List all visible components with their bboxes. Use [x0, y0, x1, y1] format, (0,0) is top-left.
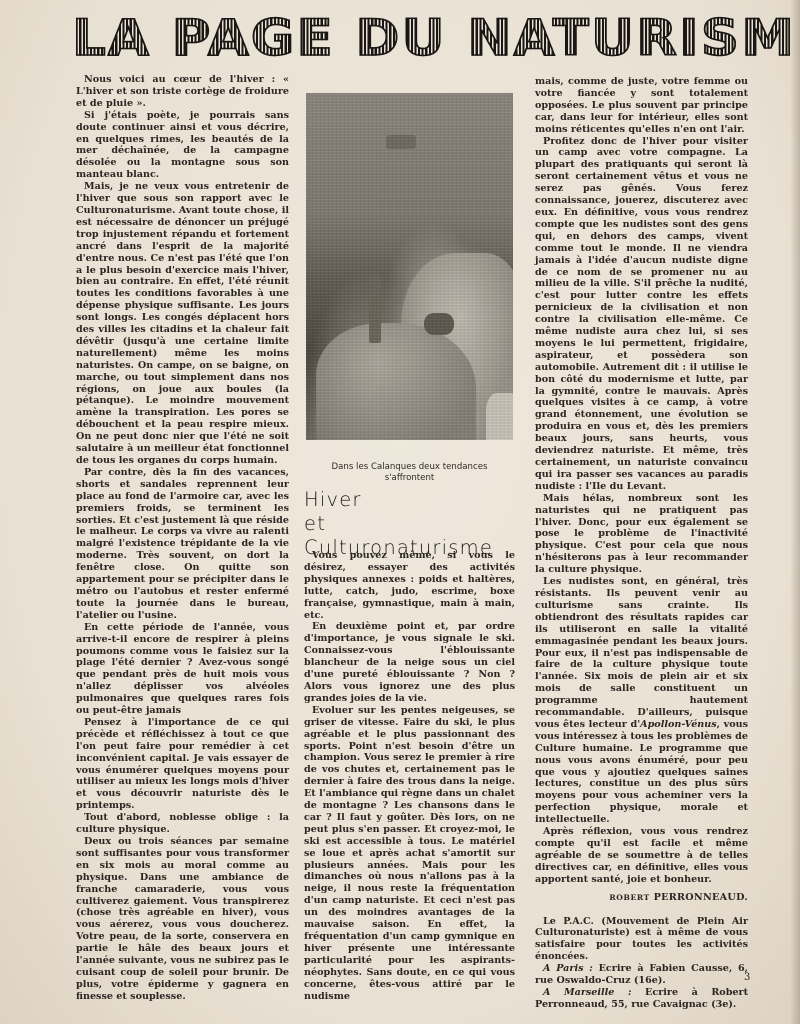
headline-text: LA PAGE DU NATURISME — [72, 14, 800, 62]
city-label: A Marseille : — [543, 987, 632, 998]
page-number: 3 — [744, 972, 750, 983]
paragraph: Mais, je ne veux vous entretenir de l'hi… — [76, 181, 289, 467]
paragraph: Evoluer sur les pentes neigeuses, se gri… — [304, 705, 515, 1003]
paragraph-text: Les nudistes sont, en général, très rési… — [535, 576, 748, 718]
author-signature: Robert PERRONNEAUD. — [535, 892, 748, 904]
paragraph: Pensez à l'importance de ce qui précède … — [76, 717, 289, 812]
paragraph: Tout d'abord, noblesse oblige : la cultu… — [76, 812, 289, 836]
note-intro: Le P.A.C. (Mouvement de Plein Air Cultur… — [535, 916, 748, 964]
article-left-column: Nous voici au cœur de l'hiver : « L'hive… — [76, 74, 289, 1003]
paragraph: Après réflexion, vous vous rendrez compt… — [535, 826, 748, 886]
paragraph: Profitez donc de l'hiver pour visiter un… — [535, 136, 748, 493]
paragraph-text: , vous vous intéressez à tous les problè… — [535, 719, 748, 825]
paragraph: Nous voici au cœur de l'hiver : « L'hive… — [76, 74, 289, 110]
paragraph: mais, comme de juste, votre femme ou vot… — [535, 76, 748, 136]
page-edge-shadow — [790, 0, 800, 1024]
paragraph: Vous pouvez même, si vous le désirez, es… — [304, 550, 515, 621]
page-headline: LA PAGE DU NATURISME — [72, 14, 762, 62]
title-line: Hiver — [304, 488, 519, 512]
paragraph: Deux ou trois séances par semaine sont s… — [76, 836, 289, 1003]
paragraph: En deuxième point et, par ordre d'import… — [304, 621, 515, 704]
author-first-name: Robert — [609, 893, 650, 902]
caption-line: s'affrontent — [306, 473, 513, 484]
paragraph: Si j'étais poète, je pourrais sans doute… — [76, 110, 289, 181]
note-paris: A Paris : Ecrire à Fabien Causse, 6, rue… — [535, 963, 748, 987]
article-middle-column: Vous pouvez même, si vous le désirez, es… — [304, 550, 515, 1002]
author-last-name: PERRONNEAUD. — [654, 892, 748, 903]
pac-note: Le P.A.C. (Mouvement de Plein Air Cultur… — [535, 916, 748, 1011]
article-right-column: mais, comme de juste, votre femme ou vot… — [535, 76, 748, 1011]
paragraph: Les nudistes sont, en général, très rési… — [535, 576, 748, 826]
magazine-name: Apollon-Vénus — [640, 719, 717, 730]
caption-line: Dans les Calanques deux tendances — [306, 462, 513, 473]
photo-grain — [306, 93, 513, 440]
paragraph: Mais hélas, nombreux sont les naturistes… — [535, 493, 748, 576]
paragraph: Par contre, dès la fin des vacances, sho… — [76, 467, 289, 622]
photo-caption: Dans les Calanques deux tendances s'affr… — [306, 462, 513, 484]
paragraph: En cette période de l'année, vous arrive… — [76, 622, 289, 717]
calanques-photo — [306, 93, 513, 440]
note-marseille: A Marseille : Ecrire à Robert Perronneau… — [535, 987, 748, 1011]
city-label: A Paris : — [543, 963, 593, 974]
